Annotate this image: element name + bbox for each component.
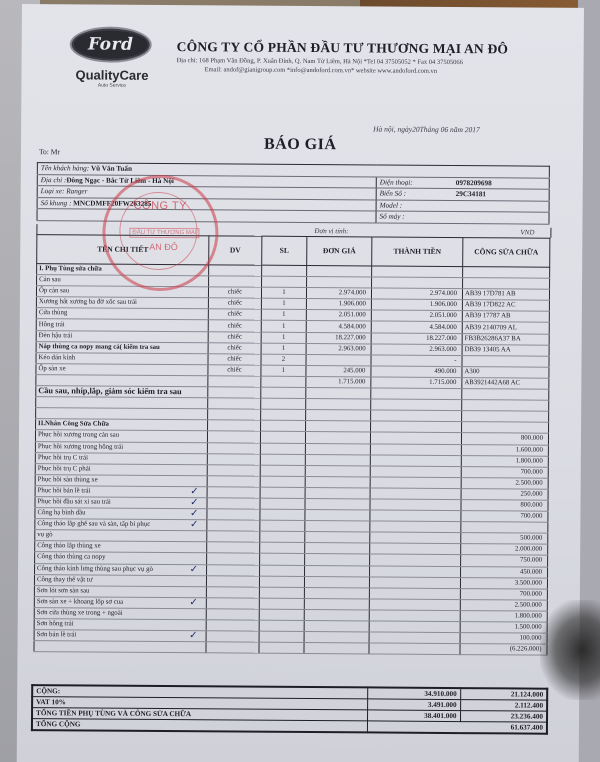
cell-name: Công tháo thùng ca nopy [35,552,207,564]
cell-text: 2.963.000 [429,346,456,353]
cell-unit: chiếc [208,342,261,353]
cell-text: Xương hất xương ba đờ xốc sau trái [39,298,137,306]
cell-qty [259,576,304,587]
cell-qty [261,376,306,387]
column-header: DV [209,236,262,265]
cell-amount [370,432,461,444]
company-address: Địa chỉ: 168 Phạm Văn Đồng, P. Xuân Đỉnh… [177,57,597,67]
cell-unit [206,642,259,653]
cell-price: 2.051.000 [306,310,371,322]
cell-unit: chiếc [208,309,261,320]
cell-price [304,609,369,621]
quotation-table: TÊN CHI TIẾTDVSLĐƠN GIÁTHÀNH TIỀNCÔNG SỬ… [33,234,550,656]
cell-price: 2.963.000 [306,343,371,355]
cell-amount [370,477,461,489]
column-header: SL [262,236,307,265]
cell-text: 700.000 [521,468,543,475]
cell-amount [371,410,462,422]
cell-amount [369,610,460,622]
company-name: CÔNG TY CỔ PHẦN ĐẦU TƯ THƯƠNG MẠI AN ĐÔ [177,39,597,58]
cell-unit [207,542,260,553]
cell-price: 18.227.000 [306,332,371,344]
customer-info-table: Tên khách hàng: Vũ Văn Tuấn Địa chỉ :Đôn… [36,162,549,224]
cell-amount [369,621,460,633]
cell-name: II.Nhân Công Sửa Chữa [36,419,208,431]
cell-name: Ốp sàn xe [36,363,208,375]
cell-unit [208,376,261,387]
cell-labor: 750.000 [461,555,548,567]
cell-text: 490.000 [434,368,456,375]
cell-name: Sơn cửa thùng xe trong + ngoài [34,608,206,620]
cell-labor: 2.000.000 [461,544,548,556]
cell-price [305,554,370,566]
cell-text: Sơn cửa thùng xe trong + ngoài [37,609,123,617]
cell-amount [372,266,463,278]
handwritten-check-icon: ✓ [190,565,198,574]
cell-name: ✓Phục hồi đầu sát xi sau trái [35,497,207,509]
cell-qty: 1 [261,310,306,321]
cell-text: 1.906.000 [430,301,457,308]
chassis-label: Số khung : [41,199,72,207]
cell-amount [370,499,461,511]
handwritten-check-icon: ✓ [190,487,198,496]
cell-labor: 250.000 [461,488,548,500]
cell-unit: chiếc [208,287,261,298]
cell-text: FB3B26286A37 BA [465,335,521,342]
cell-labor: DB39 13405 AA [462,344,549,356]
cell-text: AB3921442A68 AC [464,379,520,386]
cell-labor: 1.600.000 [461,444,548,456]
cell-text: Nắp thùng ca nopy mang cá( kiểm tra sau [39,343,160,351]
cell-labor [463,267,550,279]
cell-text: 1 [282,333,285,340]
cell-text: 2.000.000 [515,546,542,553]
cell-qty [261,398,306,409]
cell-text: Công tháo kính lưng thùng sau phục vụ gò [37,565,153,573]
cell-unit [206,598,259,609]
cell-name: Kéo dán kính [36,352,208,364]
cell-name: ✓Sơn bản lề trái [34,630,206,642]
cell-labor: 1.800.000 [461,455,548,467]
cell-amount [371,421,462,433]
cell-price [305,543,370,555]
cell-name: ✓Công tháo kính lưng thùng sau phục vụ g… [35,563,207,575]
cell-qty [262,276,307,287]
cell-name: Phục hồi trụ C phải [35,463,207,475]
cell-text: Phục hồi đầu sát xi sau trái [38,498,111,506]
cell-labor: AB39 17D781 AB [462,289,549,301]
cell-qty [260,565,305,576]
cell-unit [208,409,261,420]
cell-name: Sơn lót sơn sàn sau [34,585,206,597]
cell-text: 2.500.000 [515,479,542,486]
cell-amount: 18.227.000 [371,333,462,345]
cell-text: Sơn bản lề trái [37,631,77,638]
cell-price [304,620,369,632]
cell-unit [208,387,261,398]
handwritten-check-icon: ✓ [190,498,198,507]
column-header: CÔNG SỬA CHỮA [463,238,550,268]
cell-text: Kéo dán kính [39,354,76,361]
cell-text: 1 [282,345,285,352]
cell-labor: 700.000 [461,511,548,523]
cell-name: Cầu sau, nhíp,lắp, giảm sóc kiểm tra sau [36,386,208,398]
cell-labor: AB39 17D822 AC [462,300,549,312]
cell-labor [463,278,550,290]
totals-labor-value: 21.124.000 [460,688,547,700]
cell-unit [207,487,260,498]
cell-unit: chiếc [208,320,261,331]
cell-amount [372,277,463,289]
cell-qty [259,598,304,609]
vehicle-label: Loại xe: [41,187,65,195]
cell-labor: (6.226.000) [460,644,547,656]
column-header: ĐƠN GIÁ [307,236,372,265]
cell-labor: 450.000 [461,566,548,578]
company-contact: Email: andof@gianigroup.com *info@andofo… [177,66,597,76]
cell-amount [371,388,462,400]
cell-text: Cản sau [39,276,61,283]
cell-text: 1 [282,311,285,318]
cell-name: ✓Sơn sàn xe + khoang lốp sơ cua [34,596,206,608]
ford-oval-icon: Ford [70,26,152,63]
cell-price [306,399,371,411]
cell-name: Đèn hậu trái [36,330,208,342]
cell-qty: 1 [261,343,306,354]
cell-labor: 700.000 [460,588,547,600]
cell-price: 2.974.000 [306,288,371,300]
cell-unit: chiếc [208,331,261,342]
unit-label: Đơn vị tính: [314,227,348,235]
cell-qty: 1 [261,365,306,376]
cell-amount: - [371,355,462,367]
column-header: THÀNH TIỀN [372,237,463,267]
plate-label: Biển Số : [376,188,453,200]
cell-name: Nắp thùng ca nopy mang cá( kiểm tra sau [36,341,208,353]
cell-text: chiếc [228,311,242,318]
cell-text: 1 [282,367,285,374]
model-label: Model : [376,199,453,211]
totals-parts-value: 38.401.000 [367,710,460,722]
handwritten-check-icon: ✓ [189,631,197,640]
cell-amount: 1.906.000 [371,299,462,311]
cell-price [305,498,370,510]
cell-text: Sơn lót sơn sàn sau [37,587,90,594]
cell-labor [462,389,549,401]
cell-amount: 2.963.000 [371,344,462,356]
cell-text: 1 [282,289,285,296]
cell-unit [207,553,260,564]
totals-parts-value: 3.491.000 [367,699,460,711]
cell-price: 245.000 [306,365,371,377]
cell-text: 2.051.000 [339,312,366,319]
cell-amount [370,443,461,455]
cell-qty [259,620,304,631]
cell-text: 500.000 [520,535,542,542]
cell-price [307,277,372,289]
cell-price [305,487,370,499]
vehicle-value: Ranger [66,188,87,196]
table-body: I. Phụ Tùng sửa chữaCản sauỐp cản sauchi… [34,264,550,656]
cell-text: 1.500.000 [514,624,541,631]
cell-unit [206,631,259,642]
cell-amount [371,399,462,411]
cell-labor: 500.000 [461,533,548,545]
cell-qty: 1 [261,332,306,343]
cell-text: 100.000 [519,635,541,642]
cell-text: chiếc [228,289,242,296]
cell-text: Sơn hông trái [37,620,74,627]
cell-price [305,432,370,444]
cell-name: Phục hồi trụ C trái [35,452,207,464]
cell-text: 800.000 [521,435,543,442]
engine-value [452,212,549,224]
cell-amount [370,521,461,533]
cell-qty [261,409,306,420]
cell-qty [261,387,306,398]
recipient-label: To: Mr [39,147,60,156]
cell-qty [260,476,305,487]
cell-price [305,510,370,522]
cell-labor [461,522,548,534]
cell-unit [208,420,261,431]
cell-qty [260,487,305,498]
cell-text: 2.974.000 [430,290,457,297]
cell-price [305,565,370,577]
ford-quality-care-logo: Ford QualityCare Auto Service [69,26,154,89]
cell-unit [206,587,259,598]
table-row: (6.226.000) [34,641,547,656]
cell-amount [370,532,461,544]
cell-unit [207,453,260,464]
cell-name: ✓Công hạ bình dầu [35,508,207,520]
cell-text: Cầu sau, nhíp,lắp, giảm sóc kiểm tra sau [38,386,181,396]
cell-text: - [454,357,456,364]
document-title: BÁO GIÁ [264,136,337,155]
cell-qty [259,631,304,642]
cell-labor: A300 [462,366,549,378]
cell-qty [260,454,305,465]
cell-name: Công tháo lắp thùng xe [35,541,207,553]
cell-text: Công tháo lắp ghế sau và sàn, tấp bi phụ… [37,520,150,528]
cell-text: I. Phụ Tùng sửa chữa [39,265,102,272]
cell-text: chiếc [227,366,241,373]
cell-text: Hông trái [39,321,65,328]
cell-qty [262,265,307,276]
cell-qty [261,420,306,431]
cell-labor: 2.500.000 [461,477,548,489]
cell-labor [462,355,549,367]
cell-name: ✓Phục hồi bản lề trái [35,485,207,497]
phone-value: 0978209698 [453,177,550,189]
cell-price [304,587,369,599]
cell-price [305,465,370,477]
cell-price [305,443,370,455]
cell-labor [462,422,549,434]
cell-unit [207,498,260,509]
logo-brand: Ford [88,34,133,54]
cell-text: Cửa thùng [39,310,67,317]
cell-qty [260,498,305,509]
hand-shadow [540,600,600,700]
cell-unit [207,509,260,520]
cell-text: chiếc [228,300,242,307]
cell-amount [369,599,460,611]
plate-value: 29C34181 [453,189,550,201]
cell-text: 1.715.000 [338,378,365,385]
handwritten-check-icon: ✓ [189,598,197,607]
cell-text: AB39 17D822 AC [465,301,516,308]
cell-price [305,476,370,488]
cell-unit [207,431,260,442]
cell-unit [208,398,261,409]
cell-labor [462,411,549,423]
cell-labor: 2.500.000 [460,599,547,611]
model-value [453,200,550,212]
cell-qty [260,554,305,565]
cell-text: chiếc [227,333,241,340]
cell-text: chiếc [228,322,242,329]
cell-unit [206,575,259,586]
cell-text: 18.227.000 [335,334,366,341]
cell-text: 700.000 [520,513,542,520]
cell-qty: 1 [261,298,306,309]
phone-label: Điện thoại: [376,176,453,188]
cell-unit: chiếc [208,354,261,365]
cell-text: Đèn hậu trái [39,332,73,339]
cell-text: Công hạ bình dầu [37,509,85,516]
cell-amount: 4.584.000 [371,321,462,333]
cell-text: Phục hồi bản lề trái [38,487,91,494]
cell-text: chiếc [227,344,241,351]
cell-price [304,598,369,610]
cell-unit [207,564,260,575]
cell-text: II.Nhân Công Sửa Chữa [38,420,109,427]
cell-qty: 2 [261,354,306,365]
engine-label: Số máy : [376,211,453,223]
cell-labor: AB3921442A68 AC [462,378,549,390]
cell-amount [370,510,461,522]
cell-text: Công thay thế vật tư [37,576,92,583]
cell-text: 750.000 [520,557,542,564]
cell-text: 250.000 [520,490,542,497]
cell-price [305,454,370,466]
totals-labor-value: 2.112.400 [460,700,547,712]
cell-unit [206,609,259,620]
cell-unit [207,476,260,487]
cell-amount: 2.974.000 [371,288,462,300]
cell-text: AB39 17D781 AB [465,290,516,297]
cell-text: Phục hồi trụ C phải [38,465,91,472]
cell-amount [369,577,460,589]
cell-amount [369,588,460,600]
cell-qty [259,587,304,598]
cell-price: 1.906.000 [306,299,371,311]
cell-text: (6.226.000) [510,646,542,653]
totals-row: TỔNG CỘNG61.637.400 [32,719,547,734]
cell-amount: 1.715.000 [371,377,462,389]
cell-unit [207,442,260,453]
logo-tagline: QualityCare [69,67,154,83]
chassis-value: MNCDMFF20FW263285 [73,199,151,208]
cell-qty [259,609,304,620]
cell-price [306,410,371,422]
cell-labor: 700.000 [461,466,548,478]
cell-text: 1.600.000 [516,446,543,453]
cell-text: 245.000 [343,367,365,374]
cell-text: 450.000 [520,568,542,575]
cell-text: A300 [464,368,479,375]
cell-text: 1.906.000 [339,301,366,308]
cell-unit [207,464,260,475]
cell-amount [370,488,461,500]
cell-text: 2 [282,356,285,363]
cell-text: 1 [282,322,285,329]
cell-text: chiếc [227,355,241,362]
cell-text: Phục hồi xương trong hông trái [38,443,123,451]
cell-qty: 1 [261,321,306,332]
cell-price [306,388,371,400]
cell-name: Công thay thế vật tư [34,574,206,586]
cell-text: 1.800.000 [516,457,543,464]
cell-labor: 100.000 [460,633,547,645]
logo-subtag: Auto Service [69,82,154,89]
cell-qty [260,432,305,443]
cell-text: 1.715.000 [429,379,456,386]
cell-amount [370,565,461,577]
cell-text: 1.800.000 [515,612,542,619]
cell-price [304,643,369,655]
cell-amount [370,466,461,478]
cell-unit: chiếc [208,365,261,376]
cell-name: Ốp cản sau [36,286,208,298]
cell-text: AB39 17787 AB [465,313,511,320]
cell-amount [369,643,460,655]
cell-unit [209,276,262,287]
cell-text: 800.000 [520,502,542,509]
cell-text: Phục hồi xương trong cản sau [38,432,119,440]
cell-name [34,641,206,653]
totals-parts-value: 34.910.000 [367,687,460,699]
cell-text: Ốp cản sau [39,287,69,294]
cell-text: 2.500.000 [515,601,542,608]
cell-price [307,265,372,277]
cell-text: 2.963.000 [338,345,365,352]
table-header-row: TÊN CHI TIẾTDVSLĐƠN GIÁTHÀNH TIỀNCÔNG SỬ… [37,235,550,268]
cell-labor: 800.000 [461,433,548,445]
cell-name: Phục hồi xương trong cản sau [35,430,207,442]
customer-address-label: Địa chỉ : [41,176,67,184]
cell-price: 4.584.000 [306,321,371,333]
cell-text: Phục hồi trụ C trái [38,454,88,461]
document-date: Hà nội, ngày20Tháng 06 năm 2017 [373,124,480,134]
cell-amount [370,543,461,555]
cell-text: 3.500.000 [515,579,542,586]
cell-text: Sơn sàn xe + khoang lốp sơ cua [37,598,123,606]
cell-labor: 3.500.000 [460,577,547,589]
customer-address: Đông Ngạc - Bắc Từ Liêm - Hà Nội [66,176,174,185]
cell-qty [260,509,305,520]
cell-price [306,421,371,433]
cell-text: Công tháo thùng ca nopy [37,554,105,561]
cell-unit: chiếc [208,298,261,309]
cell-name: I. Phụ Tùng sửa chữa [37,264,209,276]
cell-labor: 800.000 [461,500,548,512]
cell-text: 1 [282,300,285,307]
cell-price [304,576,369,588]
cell-price: 1.715.000 [306,376,371,388]
cell-text: DB39 13405 AA [465,346,511,353]
